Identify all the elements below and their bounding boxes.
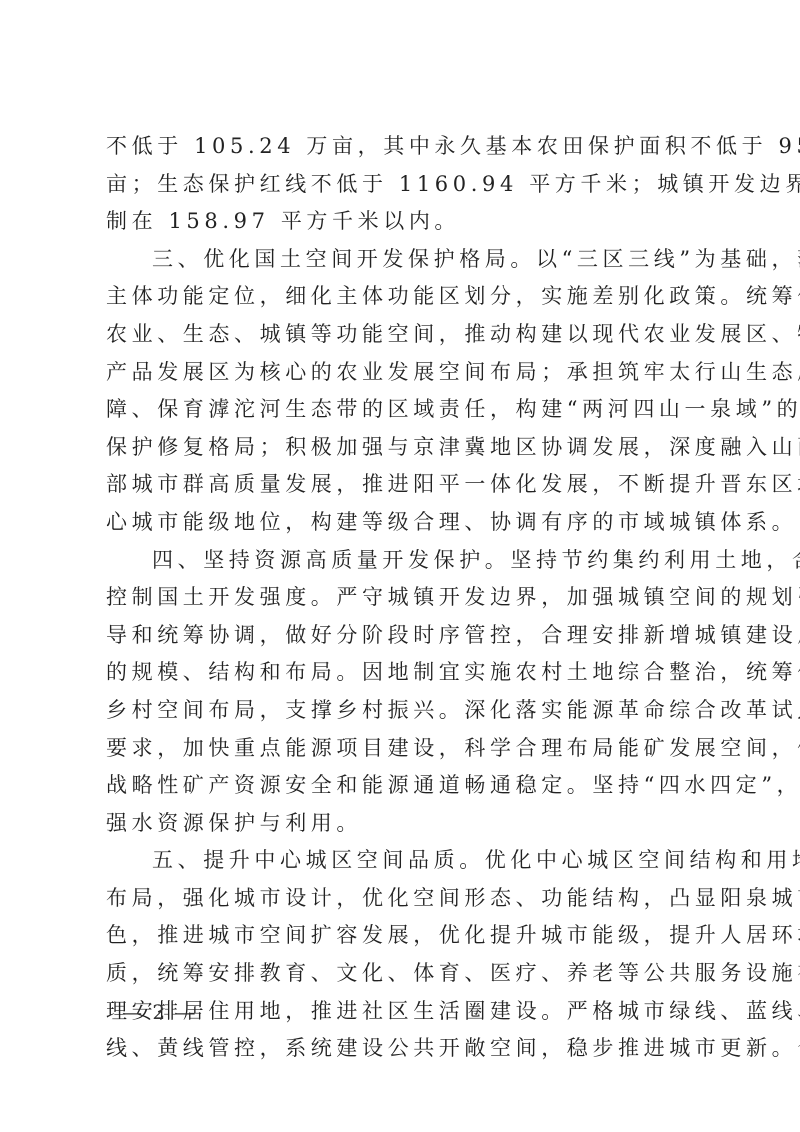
text-line: 主体功能定位，细化主体功能区划分，实施差别化政策。统筹优化: [106, 278, 702, 316]
text-line: 农业、生态、城镇等功能空间，推动构建以现代农业发展区、特色农: [106, 316, 702, 354]
text-line: 制在 158.97 平方千米以内。: [106, 203, 702, 241]
text-line: 乡村空间布局，支撑乡村振兴。深化落实能源革命综合改革试点: [106, 692, 702, 730]
text-line: 产品发展区为核心的农业发展空间布局；承担筑牢太行山生态屏: [106, 354, 702, 392]
text-line: 战略性矿产资源安全和能源通道畅通稳定。坚持“四水四定”，加: [106, 767, 702, 805]
text-line: 保护修复格局；积极加强与京津冀地区协调发展，深度融入山西中: [106, 429, 702, 467]
text-line: 质，统筹安排教育、文化、体育、医疗、养老等公共服务设施布局，合: [106, 955, 702, 993]
section-3-heading-line: 三、优化国土空间开发保护格局。以“三区三线”为基础，落实: [106, 241, 702, 279]
document-page: 不低于 105.24 万亩，其中永久基本农田保护面积不低于 95.13 万 亩；…: [0, 0, 800, 1132]
text-line: 导和统筹协调，做好分阶段时序管控，合理安排新增城镇建设用地: [106, 617, 702, 655]
page-number: — 2 —: [122, 1000, 197, 1024]
text-line: 部城市群高质量发展，推进阳平一体化发展，不断提升晋东区域中: [106, 466, 702, 504]
text-line: 布局，强化城市设计，优化空间形态、功能结构，凸显阳泉城市特: [106, 880, 702, 918]
text-line: 障、保育滹沱河生态带的区域责任，构建“两河四山一泉域”的生态: [106, 391, 702, 429]
section-5-heading-line: 五、提升中心城区空间品质。优化中心城区空间结构和用地: [106, 842, 702, 880]
text-line: 控制国土开发强度。严守城镇开发边界，加强城镇空间的规划引: [106, 579, 702, 617]
document-body: 不低于 105.24 万亩，其中永久基本农田保护面积不低于 95.13 万 亩；…: [106, 128, 702, 1068]
text-line: 强水资源保护与利用。: [106, 805, 702, 843]
text-line: 要求，加快重点能源项目建设，科学合理布局能矿发展空间，保障: [106, 730, 702, 768]
text-line: 心城市能级地位，构建等级合理、协调有序的市域城镇体系。: [106, 504, 702, 542]
text-line: 色，推进城市空间扩容发展，优化提升城市能级，提升人居环境品: [106, 917, 702, 955]
text-line: 不低于 105.24 万亩，其中永久基本农田保护面积不低于 95.13 万: [106, 128, 702, 166]
text-line: 线、黄线管控，系统建设公共开敞空间，稳步推进城市更新。合理: [106, 1030, 702, 1068]
section-4-heading-line: 四、坚持资源高质量开发保护。坚持节约集约利用土地，合理: [106, 542, 702, 580]
text-line: 亩；生态保护红线不低于 1160.94 平方千米；城镇开发边界面积控: [106, 166, 702, 204]
text-line: 的规模、结构和布局。因地制宜实施农村土地综合整治，统筹优化: [106, 654, 702, 692]
